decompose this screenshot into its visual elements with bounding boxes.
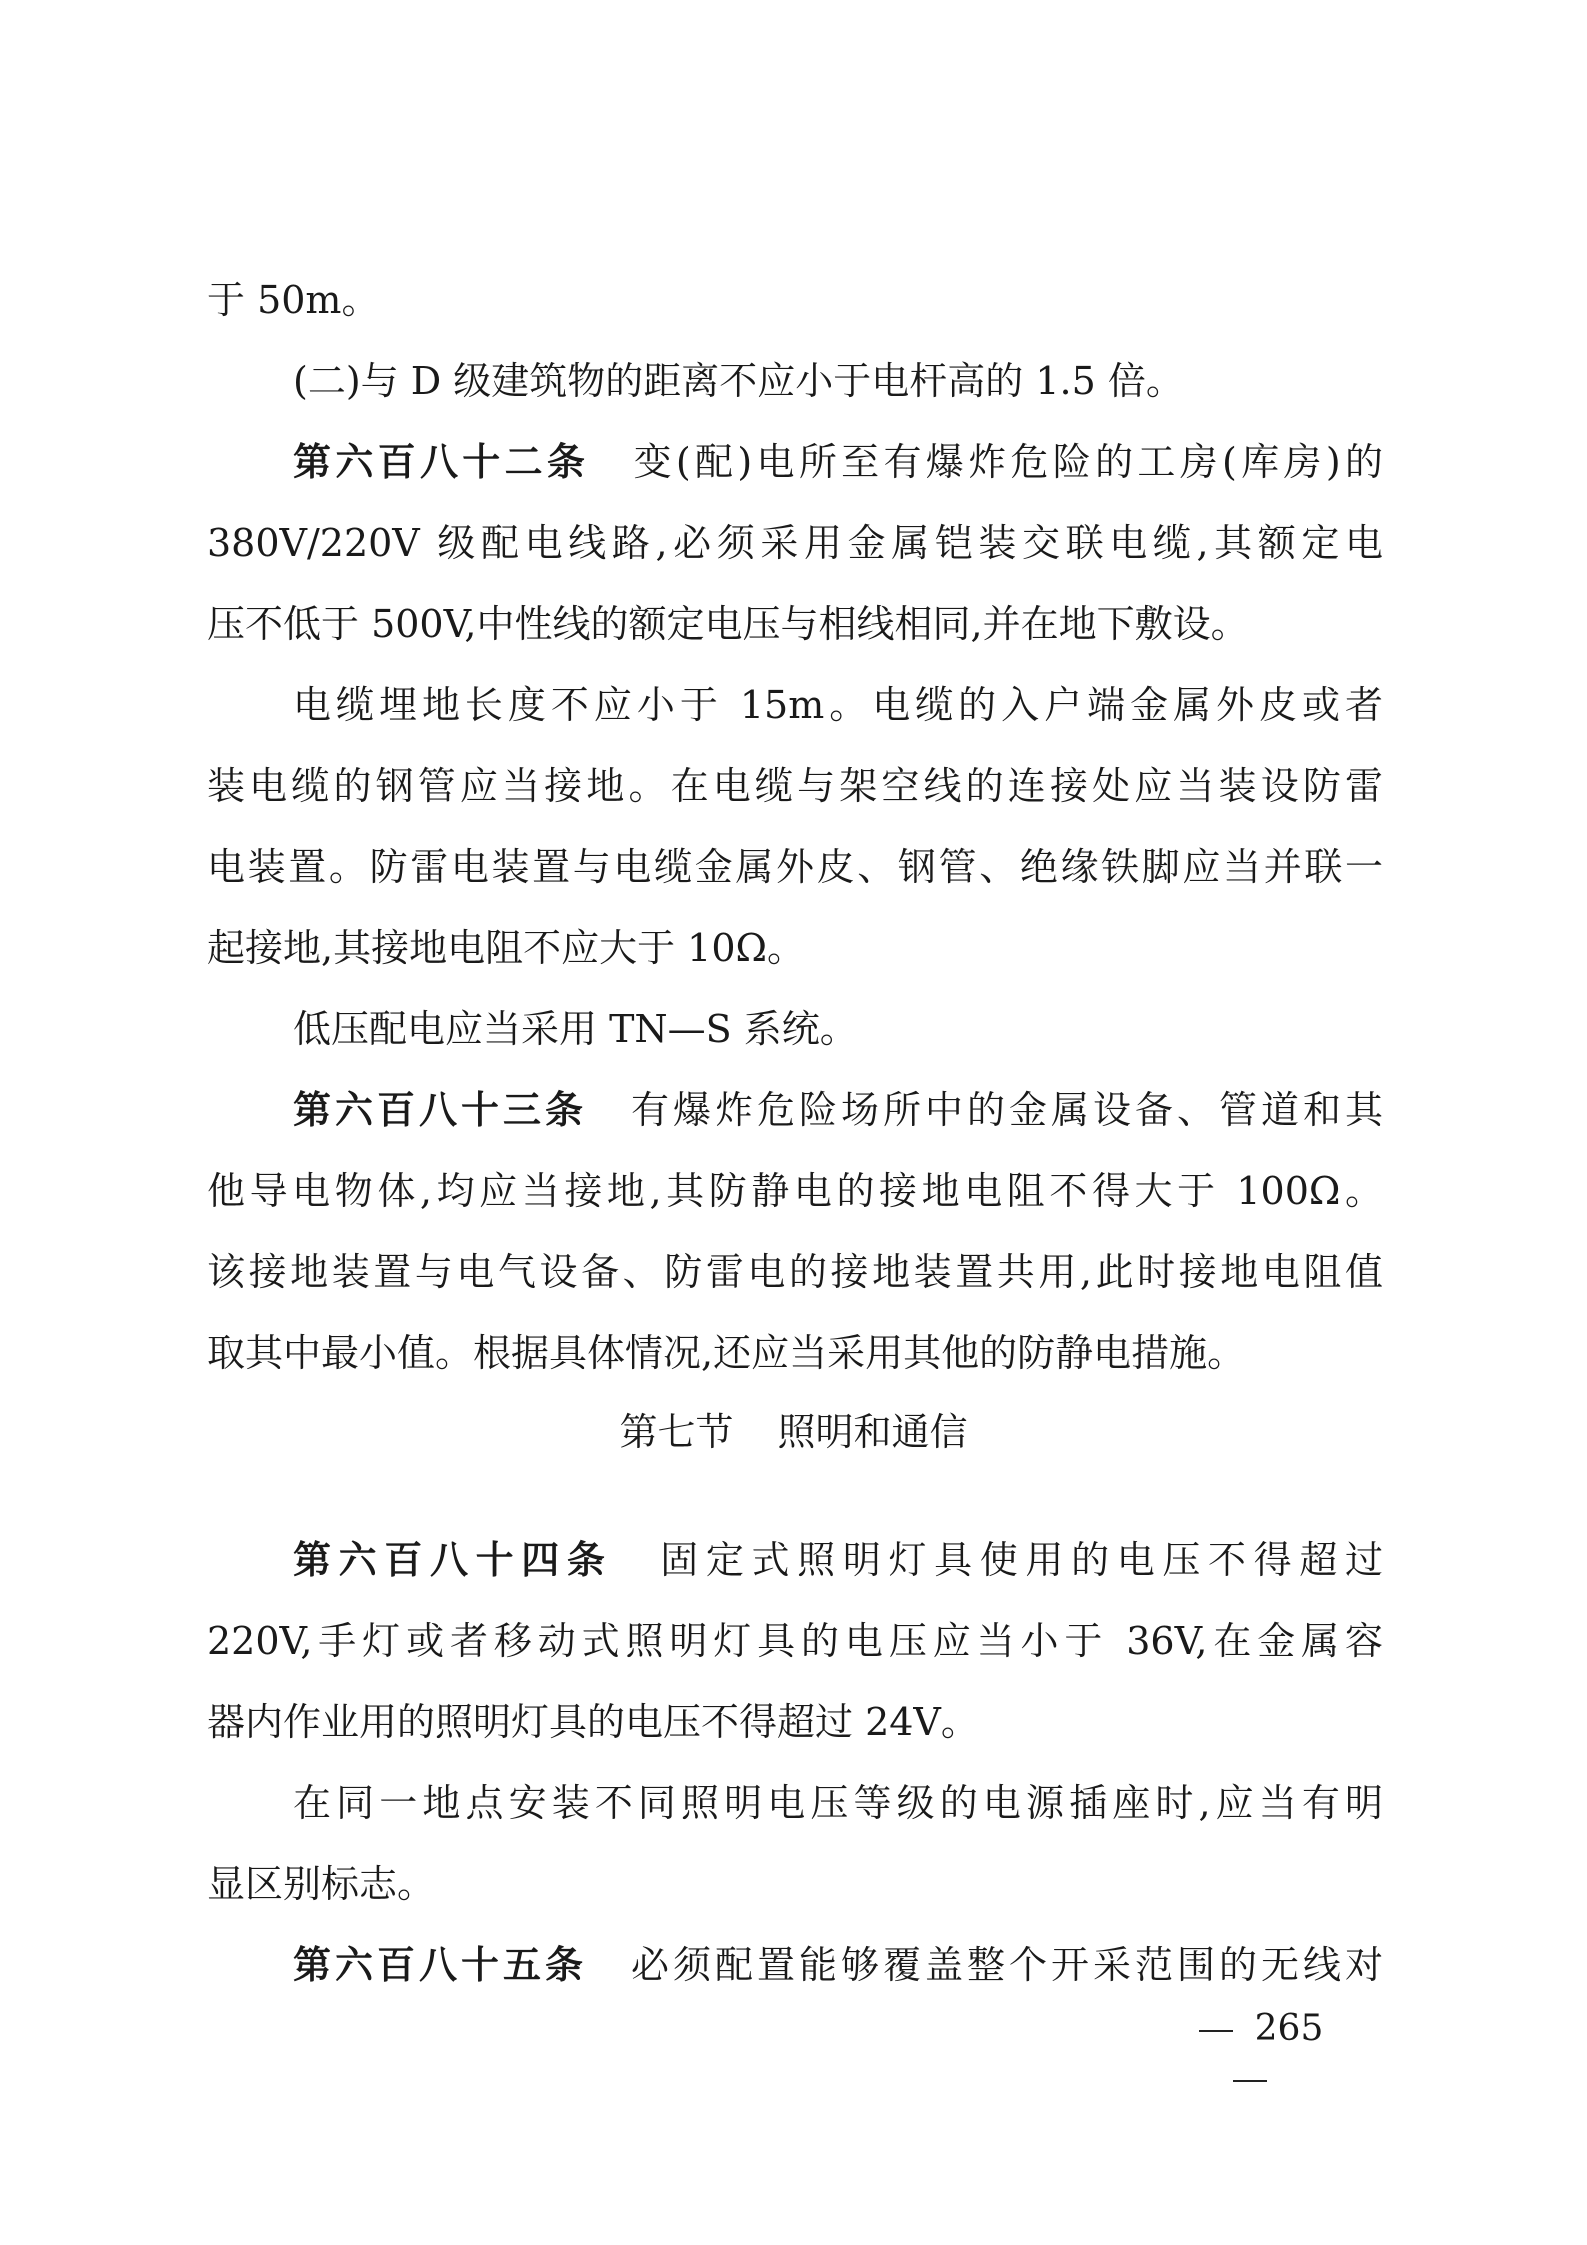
article-number: 第六百八十四条 [293, 1538, 613, 1582]
paragraph-line: 他导电物体,均应当接地,其防静电的接地电阻不得大于 100Ω。 [207, 1161, 1383, 1221]
section-title: 照明和通信 [778, 1410, 968, 1454]
paragraph-line: 显区别标志。 [207, 1854, 1383, 1914]
paragraph-line: 在同一地点安装不同照明电压等级的电源插座时,应当有明 [293, 1773, 1383, 1833]
dash-decoration [1233, 2080, 1267, 2082]
paragraph-line: 压不低于 500V,中性线的额定电压与相线相同,并在地下敷设。 [207, 594, 1383, 654]
paragraph-line: 于 50m。 [207, 270, 1383, 330]
paragraph-line: 电装置。防雷电装置与电缆金属外皮、钢管、绝缘铁脚应当并联一 [207, 837, 1383, 897]
article-number: 第六百八十五条 [293, 1943, 587, 1987]
document-page: 于 50m。 (二)与 D 级建筑物的距离不应小于电杆高的 1.5 倍。 第六百… [0, 0, 1587, 2245]
page-number-value: 265 [1255, 2008, 1324, 2049]
paragraph-line: 电缆埋地长度不应小于 15m。电缆的入户端金属外皮或者 [293, 675, 1383, 735]
article-number: 第六百八十三条 [293, 1088, 587, 1132]
article-text: 有爆炸危险场所中的金属设备、管道和其 [627, 1088, 1383, 1132]
paragraph-line: 取其中最小值。根据具体情况,还应当采用其他的防静电措施。 [207, 1323, 1383, 1383]
paragraph-line: 起接地,其接地电阻不应大于 10Ω。 [207, 918, 1383, 978]
paragraph-line: 该接地装置与电气设备、防雷电的接地装置共用,此时接地电阻值 [207, 1242, 1383, 1302]
paragraph-line: 低压配电应当采用 TN—S 系统。 [293, 999, 1383, 1059]
section-heading: 第七节照明和通信 [0, 1402, 1587, 1462]
article-text: 变(配)电所至有爆炸危险的工房(库房)的 [629, 440, 1383, 484]
dash-decoration [1199, 2030, 1233, 2032]
article-number: 第六百八十二条 [293, 440, 589, 484]
article-682-line: 第六百八十二条变(配)电所至有爆炸危险的工房(库房)的 [293, 432, 1383, 492]
paragraph-line: 220V,手灯或者移动式照明灯具的电压应当小于 36V,在金属容 [207, 1611, 1383, 1671]
paragraph-line: (二)与 D 级建筑物的距离不应小于电杆高的 1.5 倍。 [293, 351, 1383, 411]
article-685-line: 第六百八十五条必须配置能够覆盖整个开采范围的无线对 [293, 1935, 1383, 1995]
page-number: 265 [1150, 2004, 1350, 2054]
article-683-line: 第六百八十三条有爆炸危险场所中的金属设备、管道和其 [293, 1080, 1383, 1140]
paragraph-line: 装电缆的钢管应当接地。在电缆与架空线的连接处应当装设防雷 [207, 756, 1383, 816]
section-number: 第七节 [619, 1410, 733, 1454]
paragraph-line: 380V/220V 级配电线路,必须采用金属铠装交联电缆,其额定电 [207, 513, 1383, 573]
paragraph-line: 器内作业用的照明灯具的电压不得超过 24V。 [207, 1692, 1383, 1752]
article-text: 必须配置能够覆盖整个开采范围的无线对 [627, 1943, 1383, 1987]
article-684-line: 第六百八十四条固定式照明灯具使用的电压不得超过 [293, 1530, 1383, 1590]
article-text: 固定式照明灯具使用的电压不得超过 [653, 1538, 1383, 1582]
